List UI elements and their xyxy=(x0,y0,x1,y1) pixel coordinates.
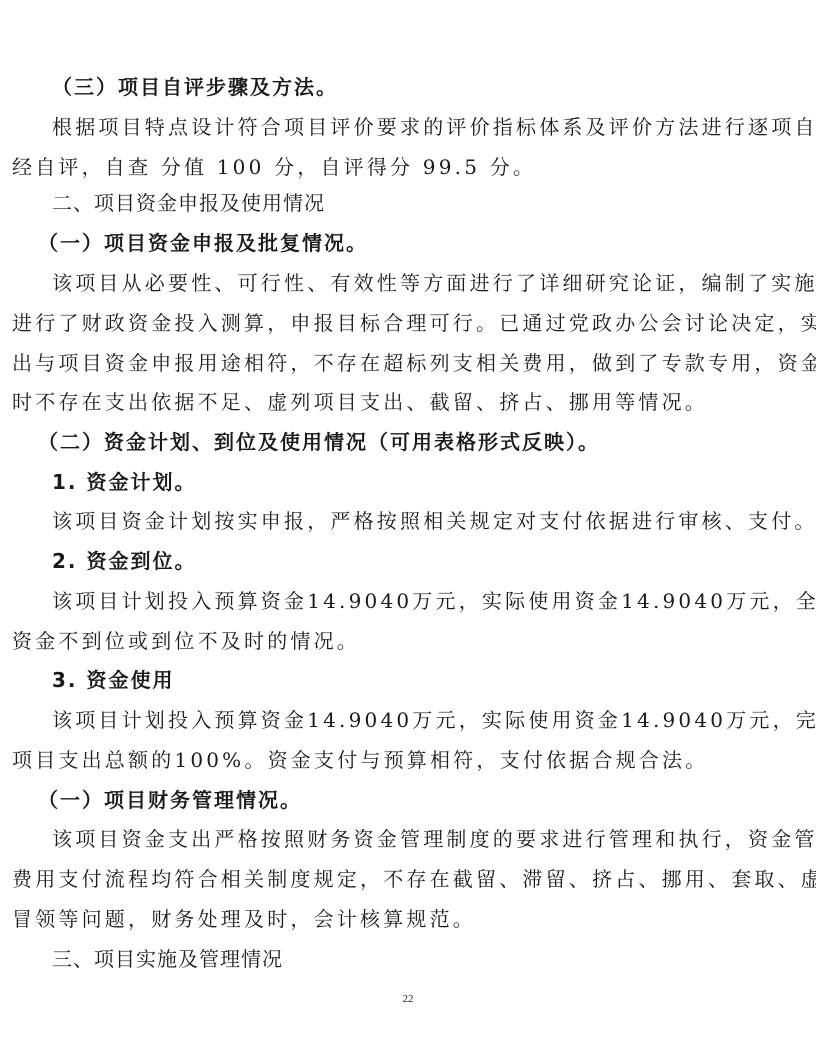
subheading-fund-plan-arrival-usage: （二）资金计划、到位及使用情况（可用表格形式反映）。 xyxy=(38,429,806,455)
paragraph-line: 根据项目特点设计符合项目评价要求的评价指标体系及评价方法进行逐项自评。 xyxy=(52,114,806,140)
paragraph-line: 该项目从必要性、可行性、有效性等方面进行了详细研究论证，编制了实施计划， xyxy=(52,270,806,296)
paragraph-line: 时不存在支出依据不足、虚列项目支出、截留、挤占、挪用等情况。 xyxy=(12,389,806,415)
heading-fund-application-usage: 二、项目资金申报及使用情况 xyxy=(52,190,806,216)
paragraph-line: 该项目资金支出严格按照财务资金管理制度的要求进行管理和执行，资金管理、 xyxy=(52,826,806,852)
page-number: 22 xyxy=(0,993,816,1005)
paragraph-line: 出与项目资金申报用途相符，不存在超标列支相关费用，做到了专款专用，资金使用 xyxy=(12,350,806,376)
paragraph-line: 项目支出总额的100%。资金支付与预算相符，支付依据合规合法。 xyxy=(12,747,806,773)
paragraph-line: 经自评，自查 分值 100 分，自评得分 99.5 分。 xyxy=(12,154,806,180)
subheading-fund-application-approval: （一）项目资金申报及批复情况。 xyxy=(38,230,806,256)
subheading-fund-arrival: 2. 资金到位。 xyxy=(52,548,806,574)
paragraph-line: 冒领等问题，财务处理及时，会计核算规范。 xyxy=(12,906,806,932)
subheading-fund-plan: 1. 资金计划。 xyxy=(52,469,806,495)
document-page: （三）项目自评步骤及方法。 根据项目特点设计符合项目评价要求的评价指标体系及评价… xyxy=(0,0,816,1056)
paragraph-line: 资金不到位或到位不及时的情况。 xyxy=(12,628,806,654)
subheading-financial-management: （一）项目财务管理情况。 xyxy=(38,787,806,813)
paragraph-line: 该项目资金计划按实申报，严格按照相关规定对支付依据进行审核、支付。 xyxy=(52,508,806,534)
paragraph-line: 该项目计划投入预算资金14.9040万元，实际使用资金14.9040万元，完成全… xyxy=(52,707,806,733)
paragraph-line: 费用支付流程均符合相关制度规定，不存在截留、滞留、挤占、挪用、套取、虚报、 xyxy=(12,866,806,892)
paragraph-line: 进行了财政资金投入测算，申报目标合理可行。已通过党政办公会讨论决定，实际支 xyxy=(12,310,806,336)
heading-project-implementation-management: 三、项目实施及管理情况 xyxy=(52,946,806,972)
paragraph-line: 该项目计划投入预算资金14.9040万元，实际使用资金14.9040万元，全年未… xyxy=(52,588,806,614)
subheading-self-evaluation-steps: （三）项目自评步骤及方法。 xyxy=(52,74,806,100)
subheading-fund-usage: 3. 资金使用 xyxy=(52,667,806,693)
